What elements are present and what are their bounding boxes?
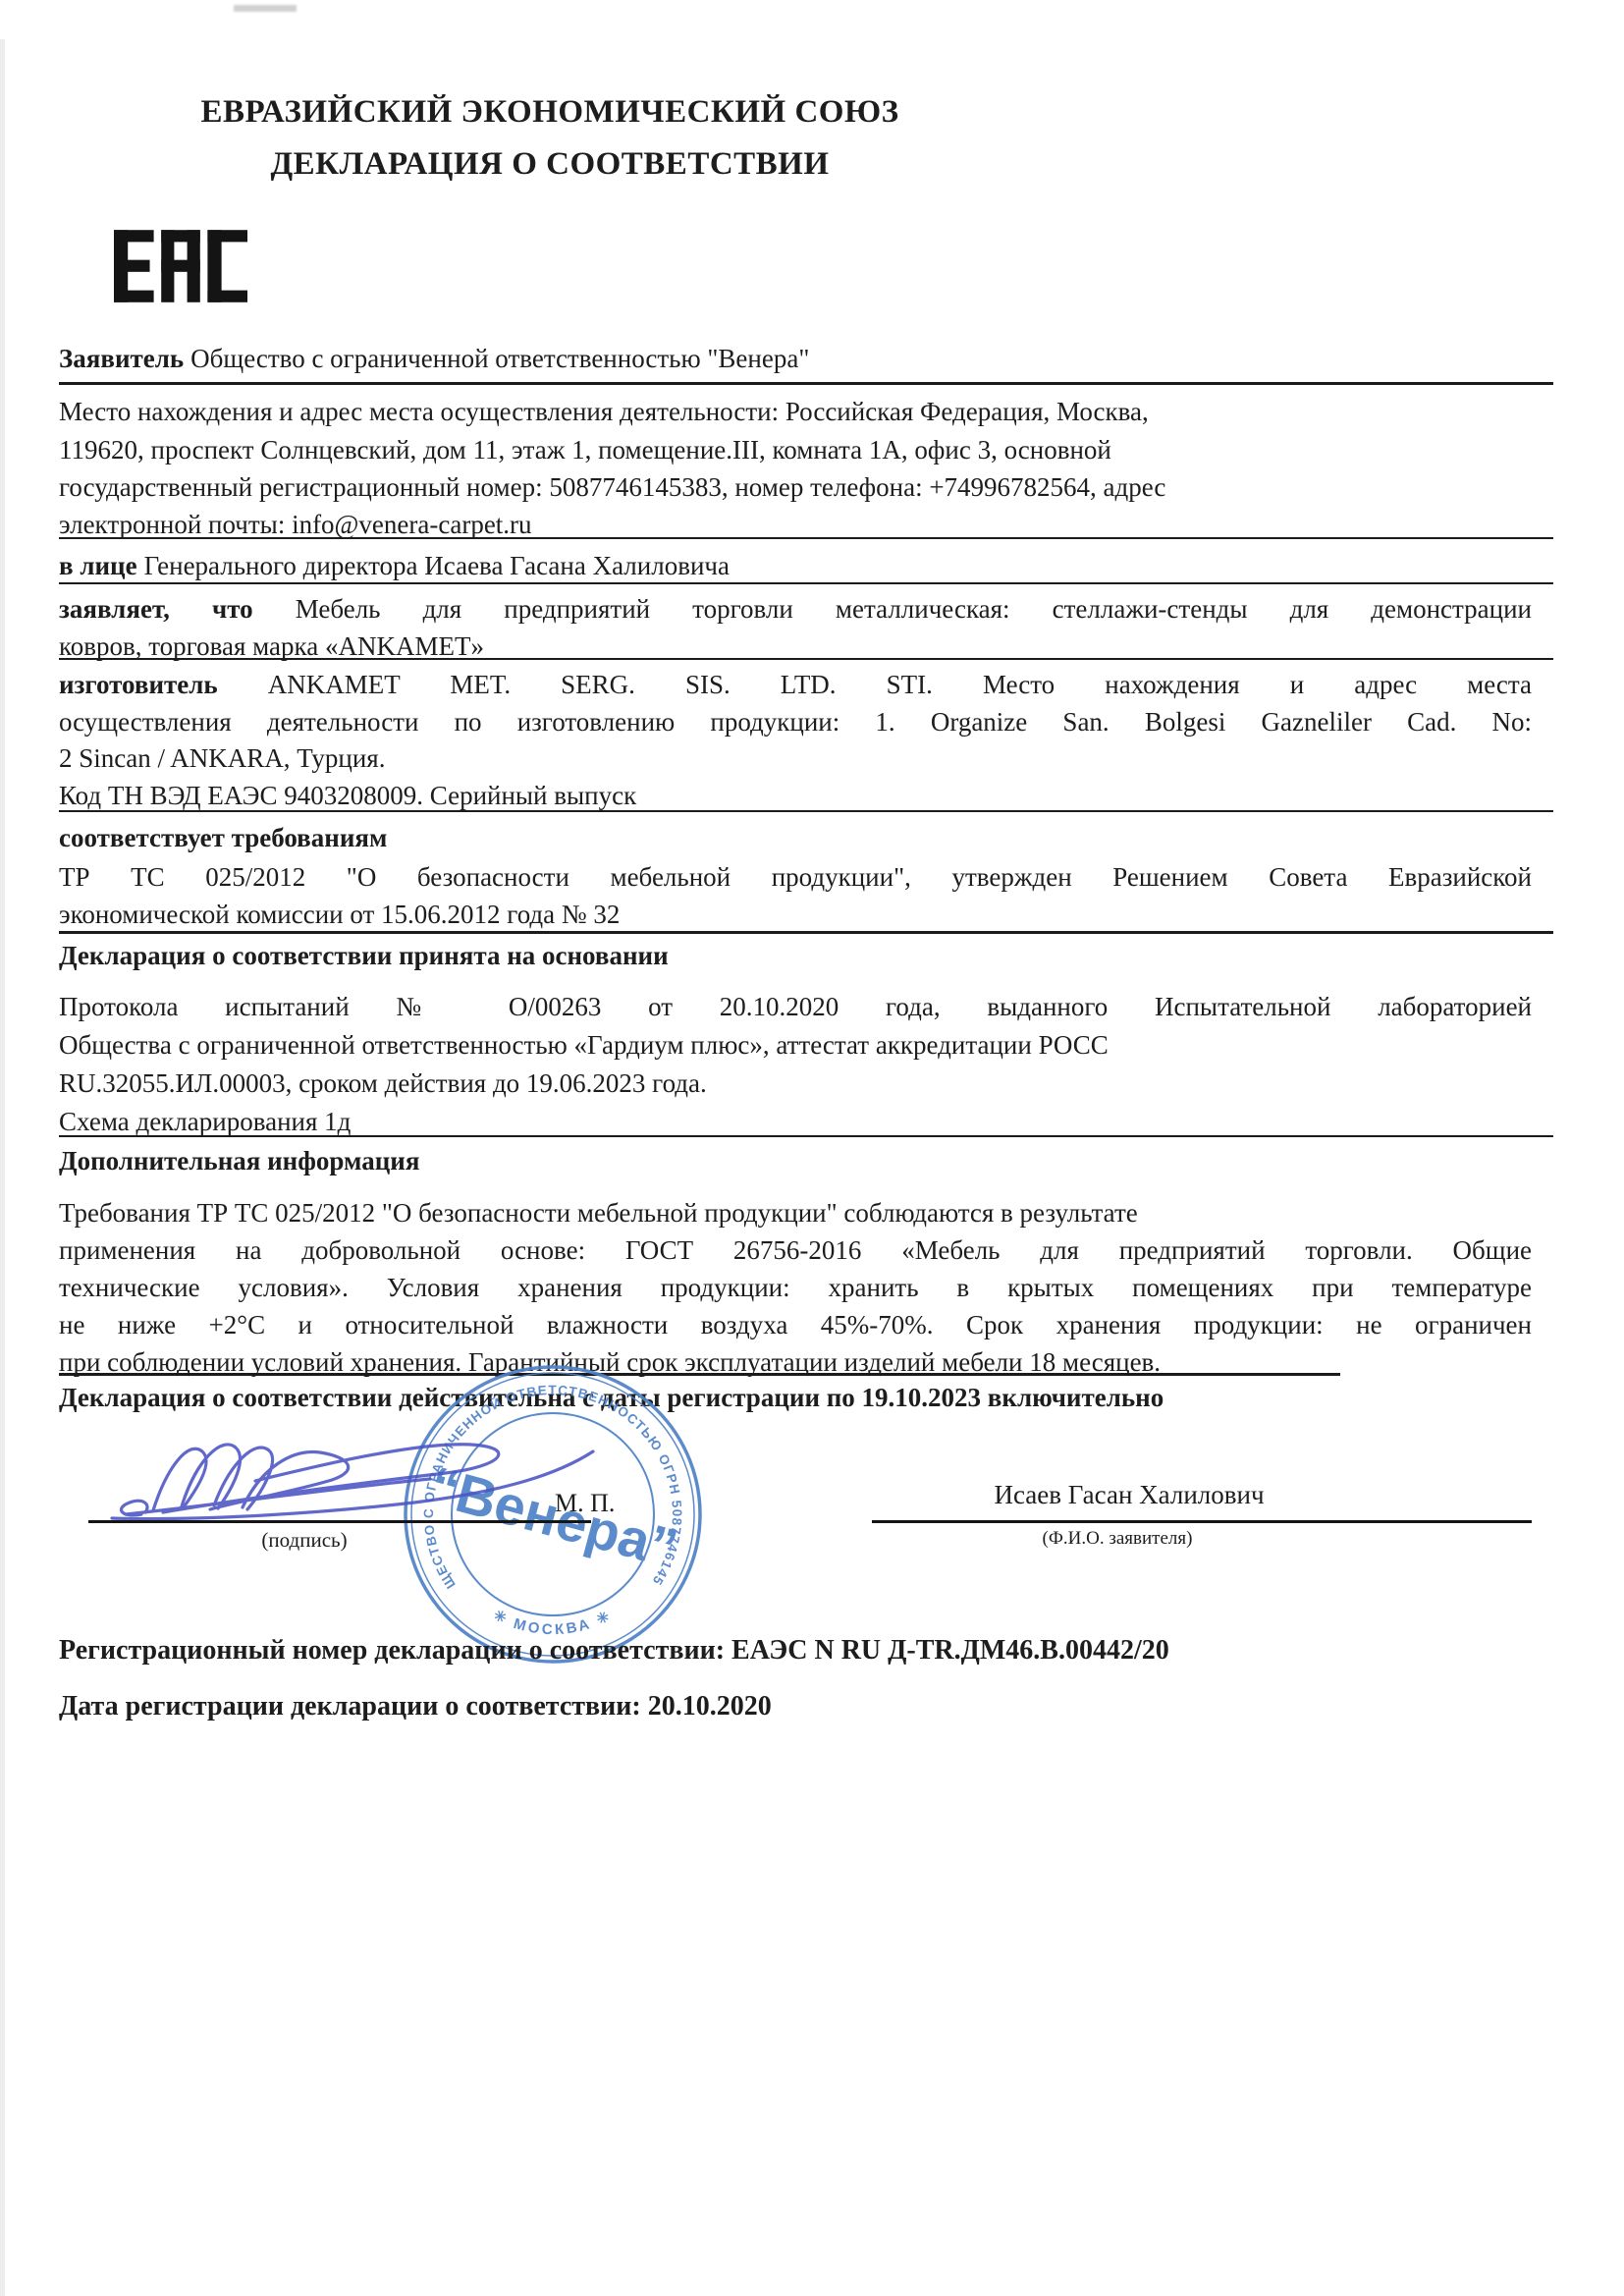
section-rule — [59, 810, 1553, 812]
document-title-line1: ЕВРАЗИЙСКИЙ ЭКОНОМИЧЕСКИЙ СОЮЗ — [10, 94, 1090, 130]
person-line: в лицеГенерального директора Исаева Гаса… — [59, 550, 1532, 581]
stamp-place-mark: М. П. — [555, 1489, 615, 1518]
manufacturer-name: ANKAMET MET. SERG. SIS. LTD. STI. Место … — [268, 670, 1532, 699]
basis-line: Схема декларирования 1д — [59, 1106, 1532, 1137]
address-line: Место нахождения и адрес места осуществл… — [59, 396, 1532, 427]
person-value: Генерального директора Исаева Гасана Хал… — [144, 551, 730, 580]
applicant-line: ЗаявительОбщество с ограниченной ответст… — [59, 343, 1532, 374]
declarant-name: Исаев Гасан Халилович — [805, 1479, 1453, 1510]
scan-artifact — [234, 5, 297, 12]
signature-line — [88, 1520, 591, 1523]
product-description: Мебель для предприятий торговли металлич… — [296, 594, 1532, 624]
registration-date-line: Дата регистрации декларации о соответств… — [59, 1690, 1571, 1723]
section-rule — [59, 582, 1553, 584]
conformity-heading: соответствует требованиям — [59, 822, 1532, 853]
section-rule — [59, 537, 1553, 539]
validity-line: Декларация о соответствии действительна … — [59, 1382, 1532, 1413]
section-rule — [59, 1135, 1553, 1137]
person-label: в лице — [59, 551, 137, 580]
eac-conformity-mark-icon — [114, 192, 247, 340]
conformity-line: экономической комиссии от 15.06.2012 год… — [59, 899, 1532, 930]
manufacturer-line: осуществления деятельности по изготовлен… — [59, 706, 1532, 738]
address-line: государственный регистрационный номер: 5… — [59, 471, 1532, 503]
applicant-value: Общество с ограниченной ответственностью… — [190, 344, 809, 373]
additional-line: технические условия». Условия хранения п… — [59, 1272, 1532, 1303]
basis-line: Протокола испытаний № О/00263 от 20.10.2… — [59, 991, 1532, 1022]
registration-number-line: Регистрационный номер декларации о соотв… — [59, 1634, 1571, 1667]
tnved-code-line: Код ТН ВЭД ЕАЭС 9403208009. Серийный вып… — [59, 780, 1532, 811]
signature-caption: (подпись) — [226, 1528, 383, 1553]
declarant-name-line — [872, 1520, 1532, 1523]
document-title-line2: ДЕКЛАРАЦИЯ О СООТВЕТСТВИИ — [10, 146, 1090, 182]
basis-line: Общества с ограниченной ответственностью… — [59, 1029, 1532, 1061]
manufacturer-label: изготовитель — [59, 670, 218, 699]
address-line: электронной почты: info@venera-carpet.ru — [59, 509, 1532, 540]
manufacturer-line: 2 Sincan / ANKARA, Турция. — [59, 742, 1532, 774]
additional-line: применения на добровольной основе: ГОСТ … — [59, 1234, 1532, 1266]
additional-line: не ниже +2°С и относительной влажности в… — [59, 1309, 1532, 1340]
additional-line: Требования ТР ТС 025/2012 "О безопасност… — [59, 1197, 1532, 1229]
conformity-line: ТР ТС 025/2012 "О безопасности мебельной… — [59, 861, 1532, 893]
declaration-document: ЕВРАЗИЙСКИЙ ЭКОНОМИЧЕСКИЙ СОЮЗ ДЕКЛАРАЦИ… — [0, 0, 1624, 2296]
product-line: заявляет, что Мебель для предприятий тор… — [59, 593, 1532, 625]
basis-heading: Декларация о соответствии принята на осн… — [59, 940, 1532, 971]
section-rule — [59, 658, 1553, 660]
manufacturer-line: изготовитель ANKAMET MET. SERG. SIS. LTD… — [59, 669, 1532, 700]
section-rule — [59, 931, 1553, 934]
scan-edge-shade — [0, 39, 5, 2296]
handwritten-signature — [98, 1422, 609, 1542]
basis-line: RU.32055.ИЛ.00003, сроком действия до 19… — [59, 1067, 1532, 1099]
declarant-name-caption: (Ф.И.О. заявителя) — [872, 1528, 1363, 1551]
section-rule — [59, 382, 1553, 385]
address-line: 119620, проспект Солнцевский, дом 11, эт… — [59, 434, 1532, 465]
declares-label: заявляет, что — [59, 594, 253, 624]
applicant-label: Заявитель — [59, 344, 184, 373]
additional-heading: Дополнительная информация — [59, 1145, 1532, 1176]
